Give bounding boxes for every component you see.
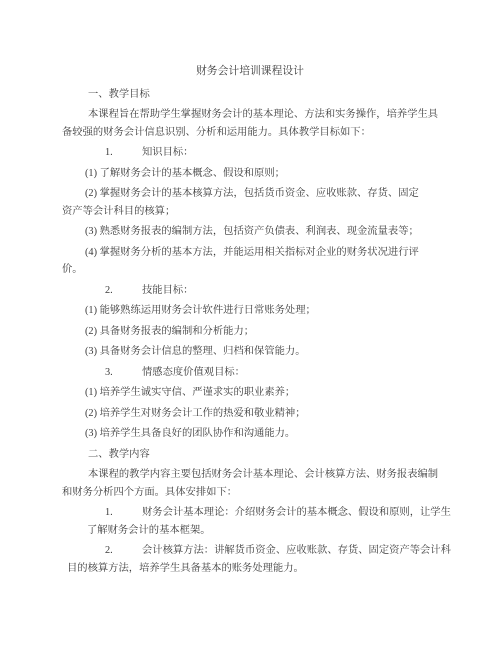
numbered-item-knowledge-objectives: 1.知识目标：	[62, 144, 460, 162]
list-number: 1.	[105, 144, 142, 162]
numbered-item-accounting-methods: 2.会计核算方法：讲解货币资金、应收账款、存货、固定资产等会计科 目的核算方法，…	[62, 542, 460, 577]
list-item: (1) 能够熟练运用财务会计软件进行日常账务处理；	[62, 302, 460, 320]
list-item: (2) 培养学生对财务会计工作的热爱和敬业精神；	[62, 405, 460, 423]
document-title: 财务会计培训课程设计	[62, 63, 438, 81]
list-item: (1) 了解财务会计的基本概念、假设和原则；	[62, 165, 460, 183]
document-page: 财务会计培训课程设计 一、教学目标 本课程旨在帮助学生掌握财务会计的基本理论、方…	[0, 0, 500, 647]
list-item: (2) 具备财务报表的编制和分析能力；	[62, 323, 460, 341]
list-item: (3) 具备财务会计信息的整理、归档和保管能力。	[62, 343, 460, 361]
numbered-item-skill-objectives: 2.技能目标：	[62, 282, 460, 300]
list-number: 2.	[105, 282, 142, 300]
content-intro-paragraph: 本课程的教学内容主要包括财务会计基本理论、会计核算方法、财务报表编制 和财务分析…	[62, 466, 460, 501]
list-item: (1) 培养学生诚实守信、严谨求实的职业素养；	[62, 384, 460, 402]
list-number: 2.	[105, 542, 142, 560]
list-item: (3) 培养学生具备良好的团队协作和沟通能力。	[62, 425, 460, 443]
list-number: 3.	[105, 364, 142, 382]
section-heading-teaching-content: 二、教学内容	[62, 446, 460, 464]
numbered-item-attitude-objectives: 3.情感态度价值观目标：	[62, 364, 460, 382]
list-item: (2) 掌握财务会计的基本核算方法，包括货币资金、应收账款、存货、固定 资产等会…	[62, 185, 460, 220]
section-heading-teaching-objectives: 一、教学目标	[62, 86, 460, 104]
list-number: 1.	[105, 504, 142, 522]
objectives-intro-paragraph: 本课程旨在帮助学生掌握财务会计的基本理论、方法和实务操作，培养学生具 备较强的财…	[62, 106, 460, 141]
numbered-item-basic-theory: 1.财务会计基本理论：介绍财务会计的基本概念、假设和原则，让学生 了解财务会计的…	[62, 504, 460, 539]
list-item: (3) 熟悉财务报表的编制方法，包括资产负债表、利润表、现金流量表等；	[62, 223, 460, 241]
list-label: 技能目标：	[142, 285, 193, 296]
list-text: 财务会计基本理论：介绍财务会计的基本概念、假设和原则，让学生 了解财务会计的基本…	[87, 507, 451, 536]
list-label: 知识目标：	[142, 147, 193, 158]
list-label: 情感态度价值观目标：	[142, 367, 245, 378]
list-item: (4) 掌握财务分析的基本方法，并能运用相关指标对企业的财务状况进行评 价。	[62, 244, 460, 279]
